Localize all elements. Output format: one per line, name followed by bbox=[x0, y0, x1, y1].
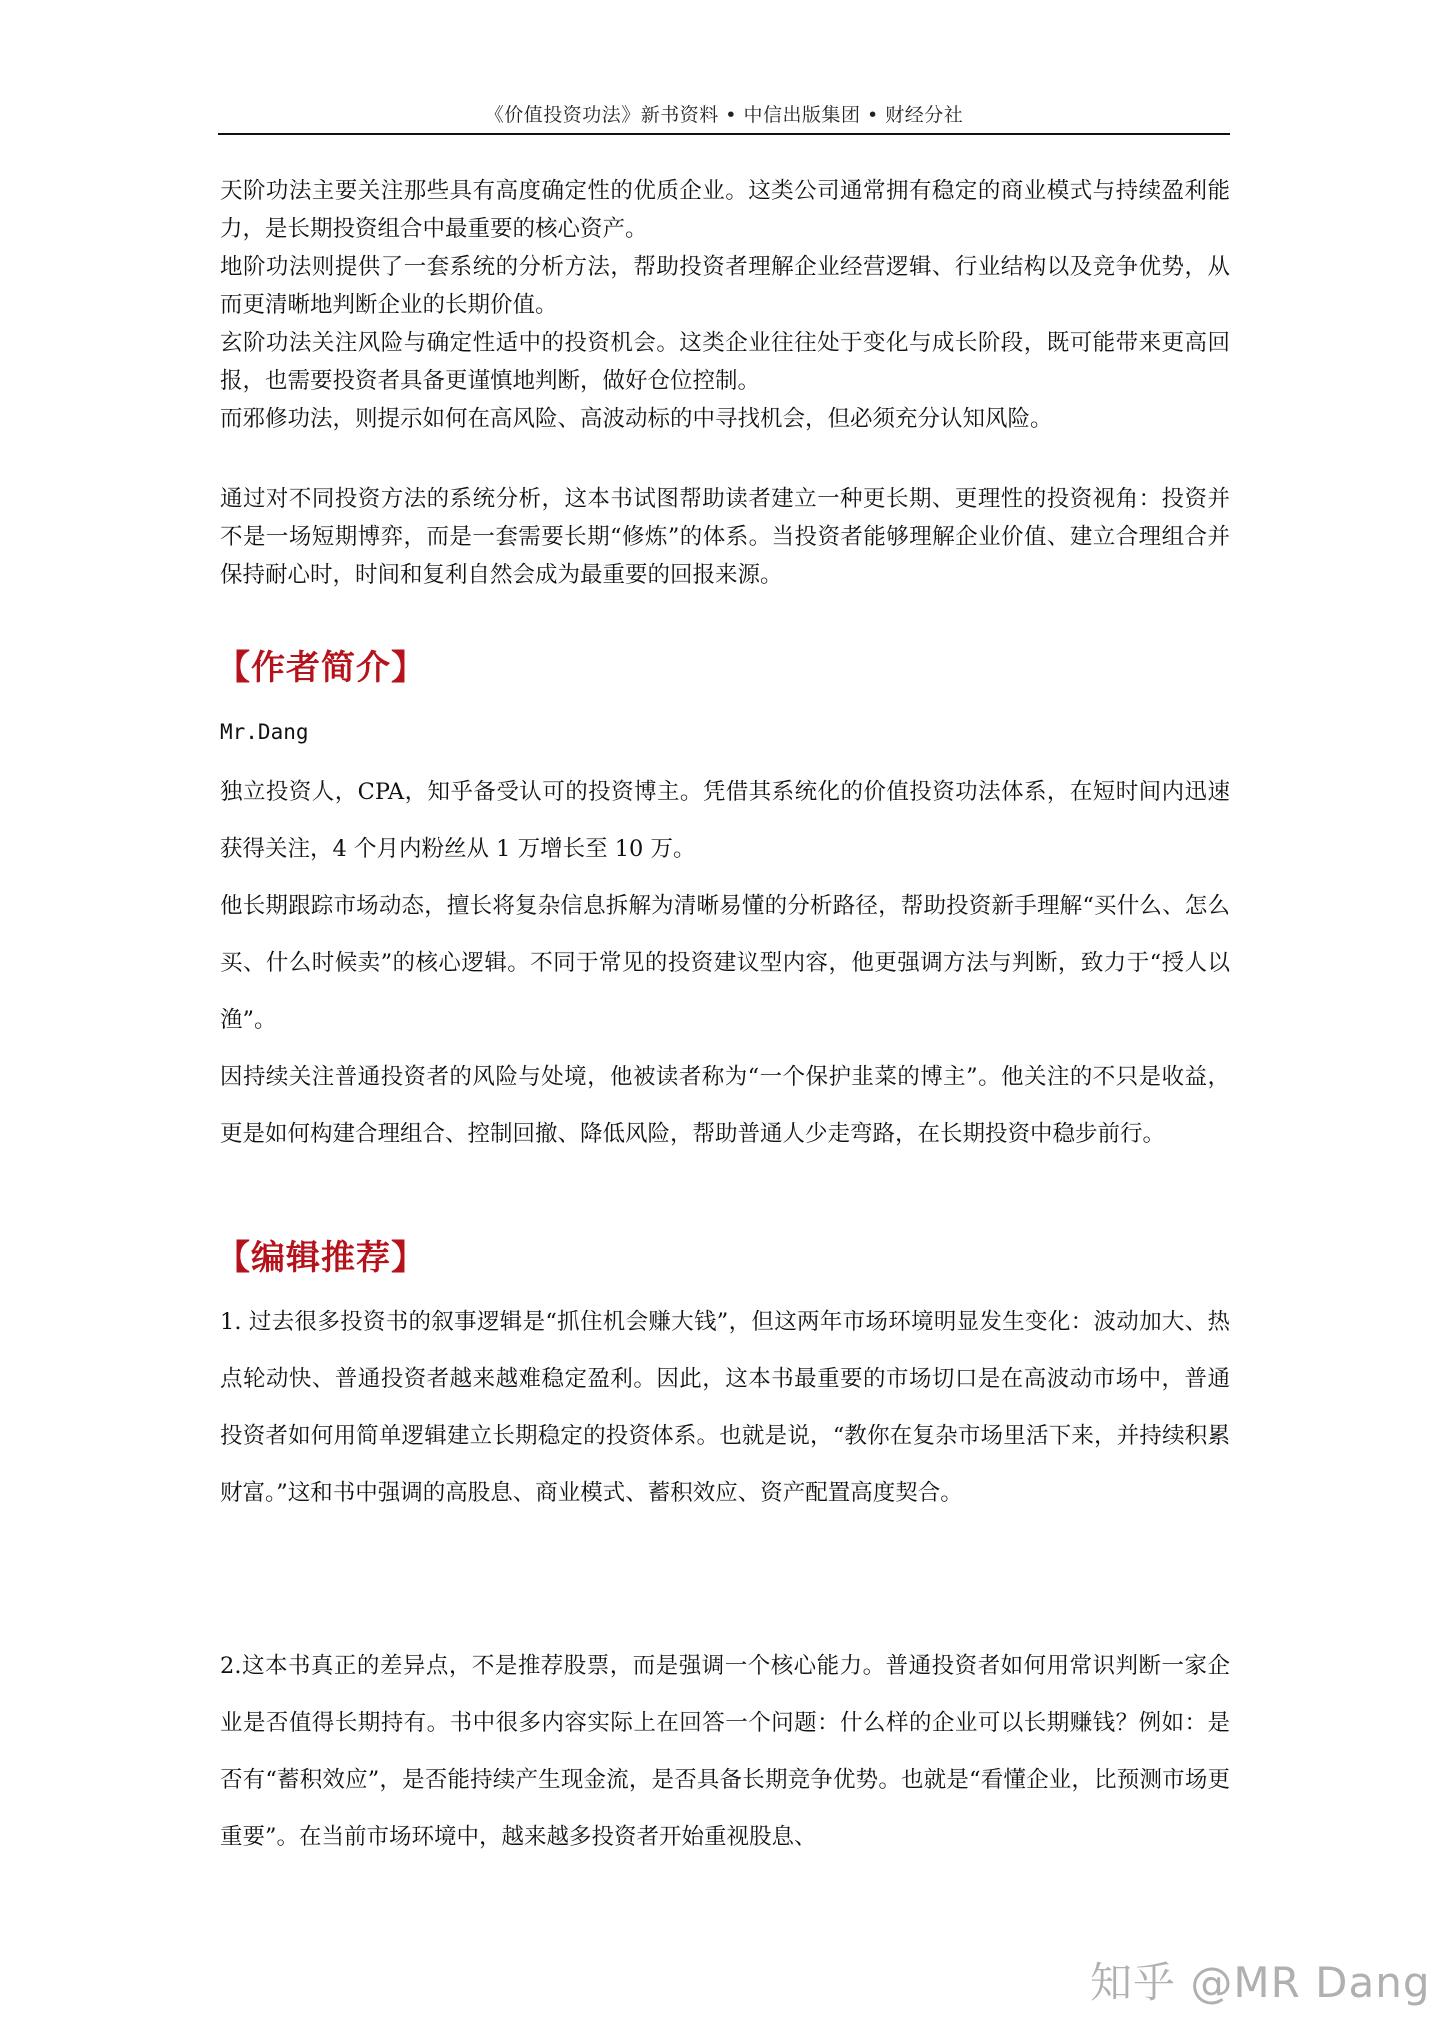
intro-paragraph-tianjie: 天阶功法主要关注那些具有高度确定性的优质企业。这类公司通常拥有稳定的商业模式与持… bbox=[220, 172, 1230, 248]
editor-section-heading: 【编辑推荐】 bbox=[216, 1230, 426, 1279]
intro-paragraph-xuanjie: 玄阶功法关注风险与确定性适中的投资机会。这类企业往往处于变化与成长阶段，既可能带… bbox=[220, 324, 1230, 400]
header-divider bbox=[218, 133, 1230, 135]
author-name: Mr.Dang bbox=[220, 720, 309, 744]
page-header: 《价值投资功法》新书资料 • 中信出版集团 • 财经分社 bbox=[218, 100, 1230, 127]
intro-paragraph-dijie: 地阶功法则提供了一套系统的分析方法，帮助投资者理解企业经营逻辑、行业结构以及竞争… bbox=[220, 248, 1230, 324]
author-bio-paragraph: 因持续关注普通投资者的风险与处境，他被读者称为“一个保护韭菜的博主”。他关注的不… bbox=[220, 1049, 1230, 1163]
document-page: 《价值投资功法》新书资料 • 中信出版集团 • 财经分社 天阶功法主要关注那些具… bbox=[0, 0, 1440, 2037]
author-bio-paragraph: 独立投资人，CPA，知乎备受认可的投资博主。凭借其系统化的价值投资功法体系，在短… bbox=[220, 764, 1230, 878]
author-section-heading: 【作者简介】 bbox=[216, 640, 426, 689]
editor-recommendation-2: 2.这本书真正的差异点，不是推荐股票，而是强调一个核心能力。普通投资者如何用常识… bbox=[220, 1638, 1230, 1866]
zhihu-watermark: 知乎 @MR Dang bbox=[1090, 1950, 1430, 2010]
intro-summary: 通过对不同投资方法的系统分析，这本书试图帮助读者建立一种更长期、更理性的投资视角… bbox=[220, 480, 1230, 594]
author-bio-paragraph: 他长期跟踪市场动态，擅长将复杂信息拆解为清晰易懂的分析路径，帮助投资新手理解“买… bbox=[220, 878, 1230, 1049]
editor-recommendation-1: 1. 过去很多投资书的叙事逻辑是“抓住机会赚大钱”，但这两年市场环境明显发生变化… bbox=[220, 1294, 1230, 1522]
intro-paragraph-xiexiu: 而邪修功法，则提示如何在高风险、高波动标的中寻找机会，但必须充分认知风险。 bbox=[220, 400, 1230, 438]
